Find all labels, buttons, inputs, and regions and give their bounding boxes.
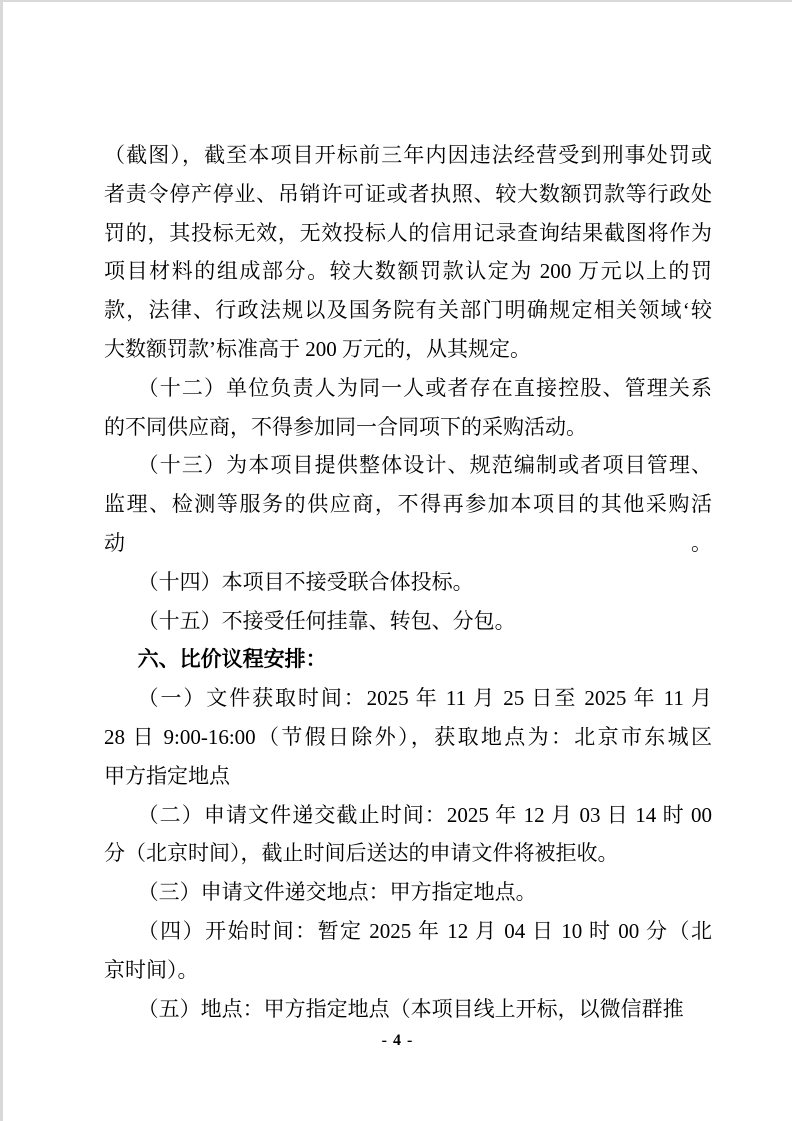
text-line: 分（北京时间），截止时间后送达的申请文件将被拒收。 [104,834,712,873]
paragraph-item-2: （二）申请文件递交截止时间：2025 年 12 月 03 日 14 时 00 分… [104,796,712,874]
paragraph-clause-14: （十四）本项目不接受联合体投标。 [104,563,712,602]
paragraph-section-6: 六、比价议程安排： [104,640,712,679]
text-line: （截图），截至本项目开标前三年内因违法经营受到刑事处罚或 [104,136,712,175]
document-body: （截图），截至本项目开标前三年内因违法经营受到刑事处罚或 者责令停产停业、吊销许… [104,136,712,1028]
text-line: （十四）本项目不接受联合体投标。 [104,563,712,602]
text-line: （十三）为本项目提供整体设计、规范编制或者项目管理、 [104,446,712,485]
paragraph-clause-continuation: （截图），截至本项目开标前三年内因违法经营受到刑事处罚或 者责令停产停业、吊销许… [104,136,712,369]
text-line: 款，法律、行政法规以及国务院有关部门明确规定相关领域‘较 [104,291,712,330]
text-line: （十五）不接受任何挂靠、转包、分包。 [104,602,712,641]
text-line: 监理、检测等服务的供应商，不得再参加本项目的其他采购活动。 [104,485,712,563]
text-line: （一）文件获取时间：2025 年 11 月 25 日至 2025 年 11 月 [104,679,712,718]
text-line: 京时间）。 [104,951,712,990]
page-number: - 4 - [3,1032,792,1050]
text-line: 罚的，其投标无效，无效投标人的信用记录查询结果截图将作为 [104,214,712,253]
text-line: 甲方指定地点 [104,757,712,796]
paragraph-item-3: （三）申请文件递交地点：甲方指定地点。 [104,873,712,912]
text-line: （十二）单位负责人为同一人或者存在直接控股、管理关系 [104,369,712,408]
text-line: （五）地点：甲方指定地点（本项目线上开标，以微信群推 [104,990,712,1029]
paragraph-clause-12: （十二）单位负责人为同一人或者存在直接控股、管理关系 的不同供应商，不得参加同一… [104,369,712,447]
paragraph-clause-13: （十三）为本项目提供整体设计、规范编制或者项目管理、 监理、检测等服务的供应商，… [104,446,712,562]
text-line: （二）申请文件递交截止时间：2025 年 12 月 03 日 14 时 00 [104,796,712,835]
paragraph-item-5: （五）地点：甲方指定地点（本项目线上开标，以微信群推 [104,990,712,1029]
document-page: （截图），截至本项目开标前三年内因违法经营受到刑事处罚或 者责令停产停业、吊销许… [0,0,792,1121]
text-line: 28 日 9:00-16:00（节假日除外），获取地点为：北京市东城区 [104,718,712,757]
text-line: （四）开始时间：暂定 2025 年 12 月 04 日 10 时 00 分（北 [104,912,712,951]
paragraph-item-1: （一）文件获取时间：2025 年 11 月 25 日至 2025 年 11 月 … [104,679,712,795]
text-line: 者责令停产停业、吊销许可证或者执照、较大数额罚款等行政处 [104,175,712,214]
text-line: 大数额罚款’标准高于 200 万元的，从其规定。 [104,330,712,369]
section-heading: 六、比价议程安排： [104,640,712,679]
paragraph-item-4: （四）开始时间：暂定 2025 年 12 月 04 日 10 时 00 分（北 … [104,912,712,990]
paragraph-clause-15: （十五）不接受任何挂靠、转包、分包。 [104,602,712,641]
text-line: 的不同供应商，不得参加同一合同项下的采购活动。 [104,408,712,447]
text-line: （三）申请文件递交地点：甲方指定地点。 [104,873,712,912]
text-line: 项目材料的组成部分。较大数额罚款认定为 200 万元以上的罚 [104,252,712,291]
